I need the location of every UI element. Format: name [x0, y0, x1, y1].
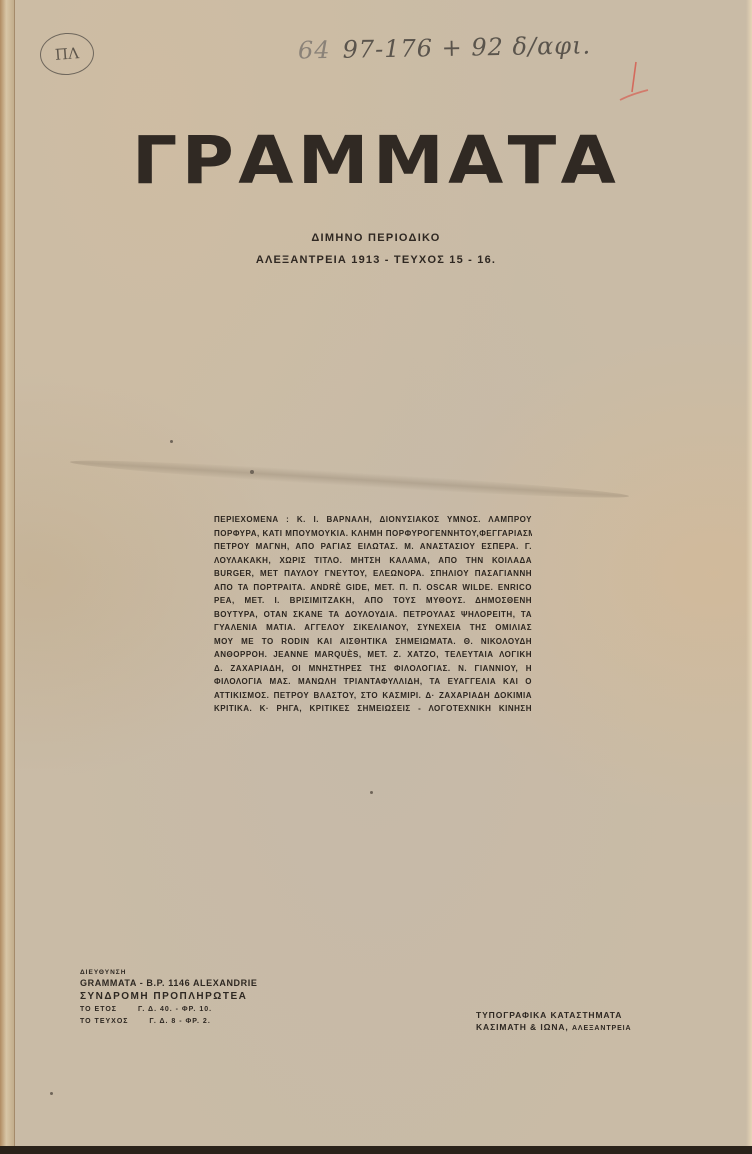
issue-line: ΑΛΕΞΑΝΤΡΕΙΑ 1913 - ΤΕΥΧΟΣ 15 - 16.	[0, 254, 752, 266]
printer-block: ΤΥΠΟΓΡΑΦΙΚΑ ΚΑΤΑΣΤΗΜΑΤΑ ΚΑΣΙΜΑΤΗ & ΙΩΝΑ,…	[476, 1009, 631, 1035]
paper-speck	[170, 440, 173, 443]
handwritten-note: 6497-176 + 92 δ/αφι.	[298, 31, 592, 64]
contents-line: ΠΕΡΙΕΧΟΜΕΝΑ : Κ. Ι. ΒΑΡΝΑΛΗ, ΔΙΟΝΥΣΙΑΚΟΣ…	[214, 513, 532, 527]
contents-line: ΑΤΤΙΚΙΣΜΟΣ. ΠΕΤΡΟΥ ΒΛΑΣΤΟΥ, ΣΤΟ ΚΑΣΜΙΡΙ.…	[214, 689, 532, 703]
price-amount: Γ. Δ. 8 - ΦΡ. 2.	[149, 1016, 210, 1028]
printer-name: ΚΑΣΙΜΑΤΗ & ΙΩΝΑ,	[476, 1022, 569, 1032]
paper-crease	[70, 455, 630, 503]
postal-address: GRAMMATA - B.P. 1146 ALEXANDRIE	[80, 977, 257, 989]
address-label: ΔΙΕΥΘΥΝΣΗ	[80, 968, 257, 977]
printer-line-2: ΚΑΣΙΜΑΤΗ & ΙΩΝΑ, ΑΛΕΞΑΝΤΡΕΙΑ	[476, 1021, 631, 1035]
contents-line: Δ. ΖΑΧΑΡΙΑΔΗ, ΟΙ ΜΝΗΣΤΗΡΕΣ ΤΗΣ ΦΙΛΟΛΟΓΙΑ…	[214, 662, 532, 676]
price-amount: Γ. Δ. 40. - ΦΡ. 10.	[138, 1004, 212, 1016]
contents-line: ΜΟΥ ΜΕ ΤΟ RODIN ΚΑΙ ΑΙΣΘΗΤΙΚΑ ΣΗΜΕΙΩΜΑΤΑ…	[214, 635, 532, 649]
subscription-title: ΣΥΝΔΡΟΜΗ ΠΡΟΠΛΗΡΩΤΕΑ	[80, 989, 257, 1004]
contents-line: ΚΡΙΤΙΚΑ. Κ· ΡΗΓΑ, ΚΡΙΤΙΚΕΣ ΣΗΜΕΙΩΣΕΙΣ - …	[214, 702, 532, 716]
price-row-issue: ΤΟ ΤΕΥΧΟΣ Γ. Δ. 8 - ΦΡ. 2.	[80, 1016, 257, 1028]
magazine-title: ΓΡΑΜΜΑΤΑ	[0, 128, 752, 194]
price-row-year: ΤΟ ΕΤΟΣ Γ. Δ. 40. - ΦΡ. 10.	[80, 1004, 257, 1016]
contents-line: ΛΟΥΛΑΚΑΚΗ, ΧΩΡΙΣ ΤΙΤΛΟ. ΜΗΤΣΗ ΚΑΛΑΜΑ, ΑΠ…	[214, 554, 532, 568]
printer-city: ΑΛΕΞΑΝΤΡΕΙΑ	[572, 1025, 632, 1032]
table-of-contents: ΠΕΡΙΕΧΟΜΕΝΑ : Κ. Ι. ΒΑΡΝΑΛΗ, ΔΙΟΝΥΣΙΑΚΟΣ…	[214, 513, 532, 716]
contents-line: ΠΕΤΡΟΥ ΜΑΓΝΗ, ΑΠΟ ΡΑΓΙΑΣ ΕΙΛΩΤΑΣ. Μ. ΑΝΑ…	[214, 540, 532, 554]
stamp-text: ΠΛ	[54, 44, 79, 64]
price-label: ΤΟ ΕΤΟΣ	[80, 1006, 117, 1013]
contents-line: ΑΠΟ ΤΑ ΠΟΡΤΡΑΙΤΑ. ANDRÈ GIDE, ΜΕΤ. Π. Π.…	[214, 581, 532, 595]
catalog-note: 97-176 + 92 δ/αφι.	[342, 31, 591, 63]
bottom-edge	[0, 1146, 752, 1154]
magazine-cover: ΠΛ 6497-176 + 92 δ/αφι. ΓΡΑΜΜΑΤΑ ΔΙΜΗΝΟ …	[0, 0, 752, 1148]
printer-line-1: ΤΥΠΟΓΡΑΦΙΚΑ ΚΑΤΑΣΤΗΜΑΤΑ	[476, 1009, 631, 1021]
contents-line: ΒΟΥΤΥΡΑ, ΟΤΑΝ ΣΚΑΝΕ ΤΑ ΔΟΥΛΟΥΔΙΑ. ΠΕΤΡΟΥ…	[214, 608, 532, 622]
paper-speck	[50, 1092, 53, 1095]
magazine-subtitle: ΔΙΜΗΝΟ ΠΕΡΙΟΔΙΚΟ	[0, 232, 752, 244]
contents-line: BURGER, ΜΕΤ ΠΑΥΛΟΥ ΓΝΕΥΤΟΥ, ΕΛΕΩΝΟΡΑ. ΣΠ…	[214, 567, 532, 581]
paper-speck	[250, 470, 254, 474]
faint-note: 64	[298, 36, 331, 65]
red-pencil-mark-icon	[618, 60, 658, 104]
handwritten-stamp: ΠΛ	[39, 31, 96, 77]
contents-line: ΑΝΘΟΡΡΟΗ. JEANNE MARQUÈS, ΜΕΤ. Ζ. ΧΑΤΖΟ,…	[214, 648, 532, 662]
paper-speck	[370, 791, 373, 794]
price-label: ΤΟ ΤΕΥΧΟΣ	[80, 1018, 128, 1025]
contents-line: ΓΥΑΛΕΝΙΑ ΜΑΤΙΑ. ΑΓΓΕΛΟΥ ΣΙΚΕΛΙΑΝΟΥ, ΣΥΝΕ…	[214, 621, 532, 635]
contents-line: ΦΙΛΟΛΟΓΙΑ ΜΑΣ. ΜΑΝΩΛΗ ΤΡΙΑΝΤΑΦΥΛΛΙΔΗ, ΤΑ…	[214, 675, 532, 689]
address-block: ΔΙΕΥΘΥΝΣΗ GRAMMATA - B.P. 1146 ALEXANDRI…	[80, 968, 257, 1028]
contents-line: PEA, ΜΕΤ. Ι. ΒΡΙΣΙΜΙΤΖΑΚΗ, ΑΠΟ ΤΟΥΣ ΜΥΘΟ…	[214, 594, 532, 608]
contents-line: ΠΟΡΦΥΡΑ, ΚΑΤΙ ΜΠΟΥΜΟΥΚΙΑ. ΚΛΗΜΗ ΠΟΡΦΥΡΟΓ…	[214, 527, 532, 541]
